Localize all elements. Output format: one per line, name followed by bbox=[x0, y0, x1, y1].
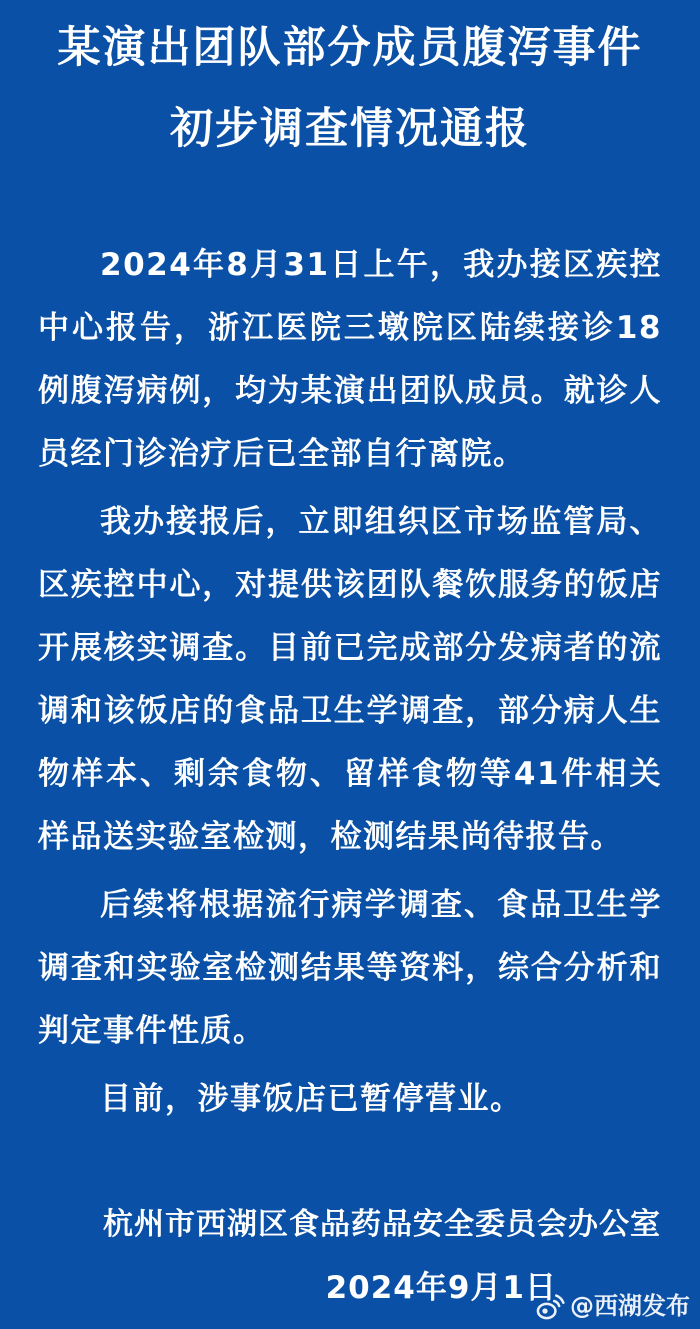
notice-paragraph-4: 目前，涉事饭店已暂停营业。 bbox=[38, 1068, 662, 1131]
notice-paragraph-3: 后续将根据流行病学调查、食品卫生学调查和实验室检测结果等资料，综合分析和判定事件… bbox=[38, 874, 662, 1063]
notice-title: 某演出团队部分成员腹泻事件 初步调查情况通报 bbox=[0, 0, 700, 170]
notice-body: 2024年8月31日上午，我办接区疾控中心报告，浙江医院三墩院区陆续接诊18例腹… bbox=[38, 234, 662, 1131]
issuing-authority: 杭州市西湖区食品药品安全委员会办公室 bbox=[0, 1203, 700, 1247]
title-line-2: 初步调查情况通报 bbox=[0, 89, 700, 170]
watermark: @西湖发布 bbox=[535, 1285, 690, 1321]
weibo-logo-icon bbox=[535, 1285, 565, 1321]
title-line-1: 某演出团队部分成员腹泻事件 bbox=[0, 8, 700, 89]
notice-paragraph-1: 2024年8月31日上午，我办接区疾控中心报告，浙江医院三墩院区陆续接诊18例腹… bbox=[38, 234, 662, 486]
notice-poster: 某演出团队部分成员腹泻事件 初步调查情况通报 2024年8月31日上午，我办接区… bbox=[0, 0, 700, 1329]
watermark-handle: @西湖发布 bbox=[570, 1286, 690, 1321]
notice-paragraph-2: 我办接报后，立即组织区市场监管局、区疾控中心，对提供该团队餐饮服务的饭店开展核实… bbox=[38, 491, 662, 869]
